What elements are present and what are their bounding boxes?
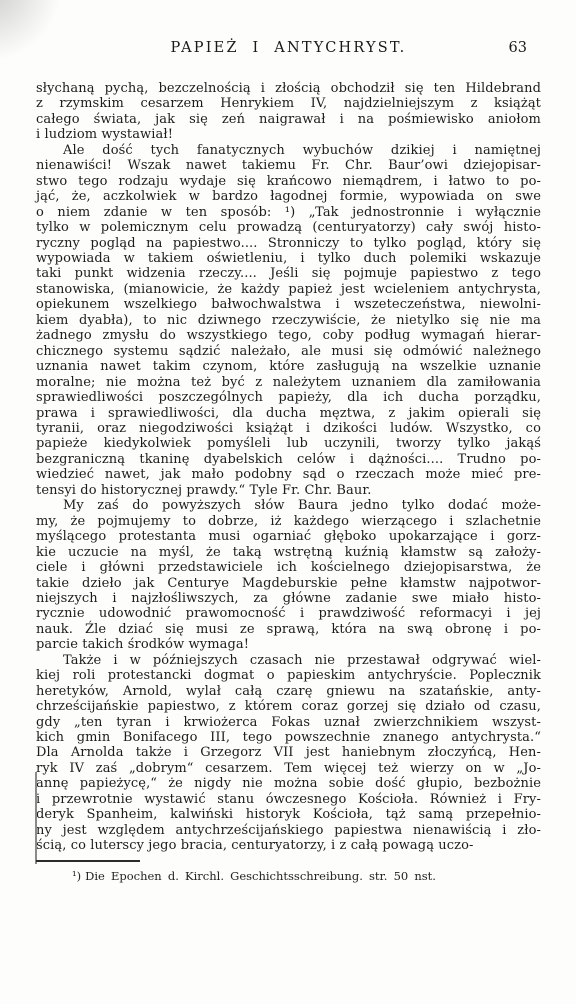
text-line: jąć, że, aczkolwiek w bardzo łagodnej fo… [36, 189, 541, 204]
text-line: kich gmin Bonifacego III, tego powszechn… [36, 730, 541, 745]
footnote-separator [36, 860, 140, 862]
text-line: tyranii, oraz niegodziwości książąt i dz… [36, 421, 541, 436]
text-line: kie uczucie na myśl, że taką wstrętną ku… [36, 545, 541, 560]
text-line: ny jest względem antychrześcijańskiego p… [36, 823, 541, 838]
text-line: kiej roli protestancki dogmat o papieski… [36, 668, 541, 683]
scan-artifact-line [35, 772, 37, 864]
text-line: takie dzieło jak Centurye Magdeburskie p… [36, 576, 541, 591]
paragraph: Także i w późniejszych czasach nie przes… [36, 653, 541, 854]
text-line: wiedzieć nawet, jak mało podobny sąd o r… [36, 467, 541, 482]
text-line: wypowiada w takiem oświetleniu, i tylko … [36, 251, 541, 266]
paragraph: My zaś do powyższych słów Baura jedno ty… [36, 498, 541, 653]
text-line: kiem dyabła), to nic dziwnego rzeczywiśc… [36, 313, 541, 328]
text-line: my, że pojmujemy to dobrze, iż każdego w… [36, 514, 541, 529]
text-line: taki punkt widzenia rzeczy.... Jeśli się… [36, 266, 541, 281]
text-line: nienawiści! Wszak nawet takiemu Fr. Chr.… [36, 158, 541, 173]
text-block: słychaną pychą, bezczelnością i złością … [36, 81, 541, 854]
text-line: chicznego systemu sądzić należało, ale m… [36, 344, 541, 359]
text-line: i ludziom wystawiał! [36, 127, 541, 142]
text-line: tylko w polemicznym celu prowadzą (centu… [36, 220, 541, 235]
paragraph: Ale dość tych fanatycznych wybuchów dzik… [36, 143, 541, 498]
text-line: moralne; nie można też być z należytem u… [36, 375, 541, 390]
text-line: i przewrotnie wystawić stanu ówczesnego … [36, 792, 541, 807]
footnote-text: Die Epochen d. Kirchl. Geschichtsschreib… [85, 869, 436, 883]
text-line: deryk Spanheim, kalwiński historyk Kości… [36, 807, 541, 822]
text-line: stwo tego rodzaju wydaje się krańcowo ni… [36, 174, 541, 189]
text-line: parcie takich środków wymaga! [36, 637, 541, 652]
text-line: ryk IV zaś „dobrym“ cesarzem. Tem więcej… [36, 761, 541, 776]
text-line: myślącego protestanta musi ogarniać głęb… [36, 529, 541, 544]
text-line: Dla Arnolda także i Grzegorz VII jest ha… [36, 745, 541, 760]
text-line: heretyków, Arnold, wylał całą czarę gnie… [36, 684, 541, 699]
text-line: o niem zdanie w ten sposób: ¹) „Tak jedn… [36, 205, 541, 220]
text-line: uznania nawet takim czynom, które zasług… [36, 359, 541, 374]
text-line: nauk. Źle dziać się musi ze sprawą, któr… [36, 622, 541, 637]
text-line: opiekunem wszelkiego bałwochwalstwa i ws… [36, 297, 541, 312]
text-line: niejszych i najzłośliwszych, za główne z… [36, 591, 541, 606]
page-number: 63 [509, 40, 527, 56]
text-line: całego świata, jak się zeń naigrawał i n… [36, 112, 541, 127]
book-page: PAPIEŻ I ANTYCHRYST. 63 słychaną pychą, … [0, 0, 576, 1004]
footnote: ¹)Die Epochen d. Kirchl. Geschichtsschre… [36, 869, 541, 884]
text-line: tensyi do historycznej prawdy.“ Tyle Fr.… [36, 483, 541, 498]
text-line: z rzymskim cesarzem Henrykiem IV, najdzi… [36, 96, 541, 111]
text-line: żadnego zmysłu do wszystkiego tego, coby… [36, 328, 541, 343]
text-line: ryczny pogląd na papiestwo.... Stronnicz… [36, 236, 541, 251]
paragraph: słychaną pychą, bezczelnością i złością … [36, 81, 541, 143]
text-line: stanowiska, (mianowicie, że każdy papież… [36, 282, 541, 297]
text-line: gdy „ten tyran i krwiożerca Fokas uznał … [36, 715, 541, 730]
page-title: PAPIEŻ I ANTYCHRYST. [36, 40, 541, 56]
text-line: papieże kiedykolwiek pomyśleli lub uczyn… [36, 436, 541, 451]
text-line: Także i w późniejszych czasach nie przes… [36, 653, 541, 668]
text-line: chrześcijańskie papiestwo, z którem cora… [36, 699, 541, 714]
text-line: prawa i sprawiedliwości, dla ducha męztw… [36, 406, 541, 421]
text-line: annę papieżycę,“ że nigdy nie można sobi… [36, 776, 541, 791]
running-header: PAPIEŻ I ANTYCHRYST. 63 [36, 40, 541, 60]
text-line: słychaną pychą, bezczelnością i złością … [36, 81, 541, 96]
text-line: My zaś do powyższych słów Baura jedno ty… [36, 498, 541, 513]
footnote-marker: ¹) [72, 869, 81, 883]
text-line: rycznie udowodnić prawomocność i prawdzi… [36, 606, 541, 621]
text-line: ścią, co luterscy jego bracia, centuryat… [36, 838, 541, 853]
text-line: Ale dość tych fanatycznych wybuchów dzik… [36, 143, 541, 158]
text-line: bezgraniczną tkaninę dyabelskich celów i… [36, 452, 541, 467]
text-line: ciele i główni przedstawiciele ich kości… [36, 560, 541, 575]
text-line: sprawiedliwości poszczególnych papieży, … [36, 390, 541, 405]
